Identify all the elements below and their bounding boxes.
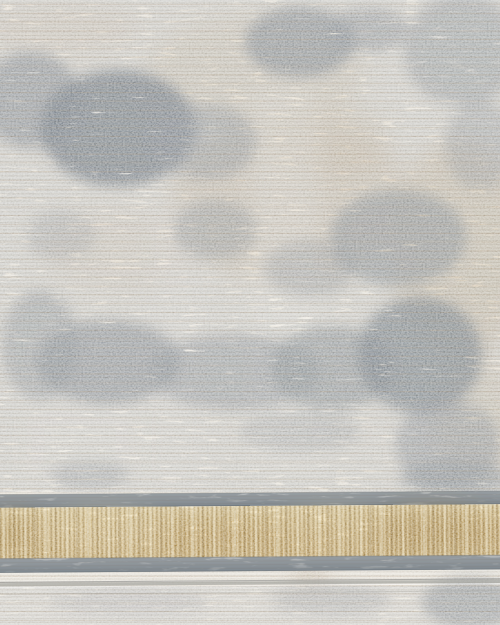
gold-stripe [0,504,500,559]
rug-photo [0,0,500,625]
rug-photo-canvas [0,0,500,625]
